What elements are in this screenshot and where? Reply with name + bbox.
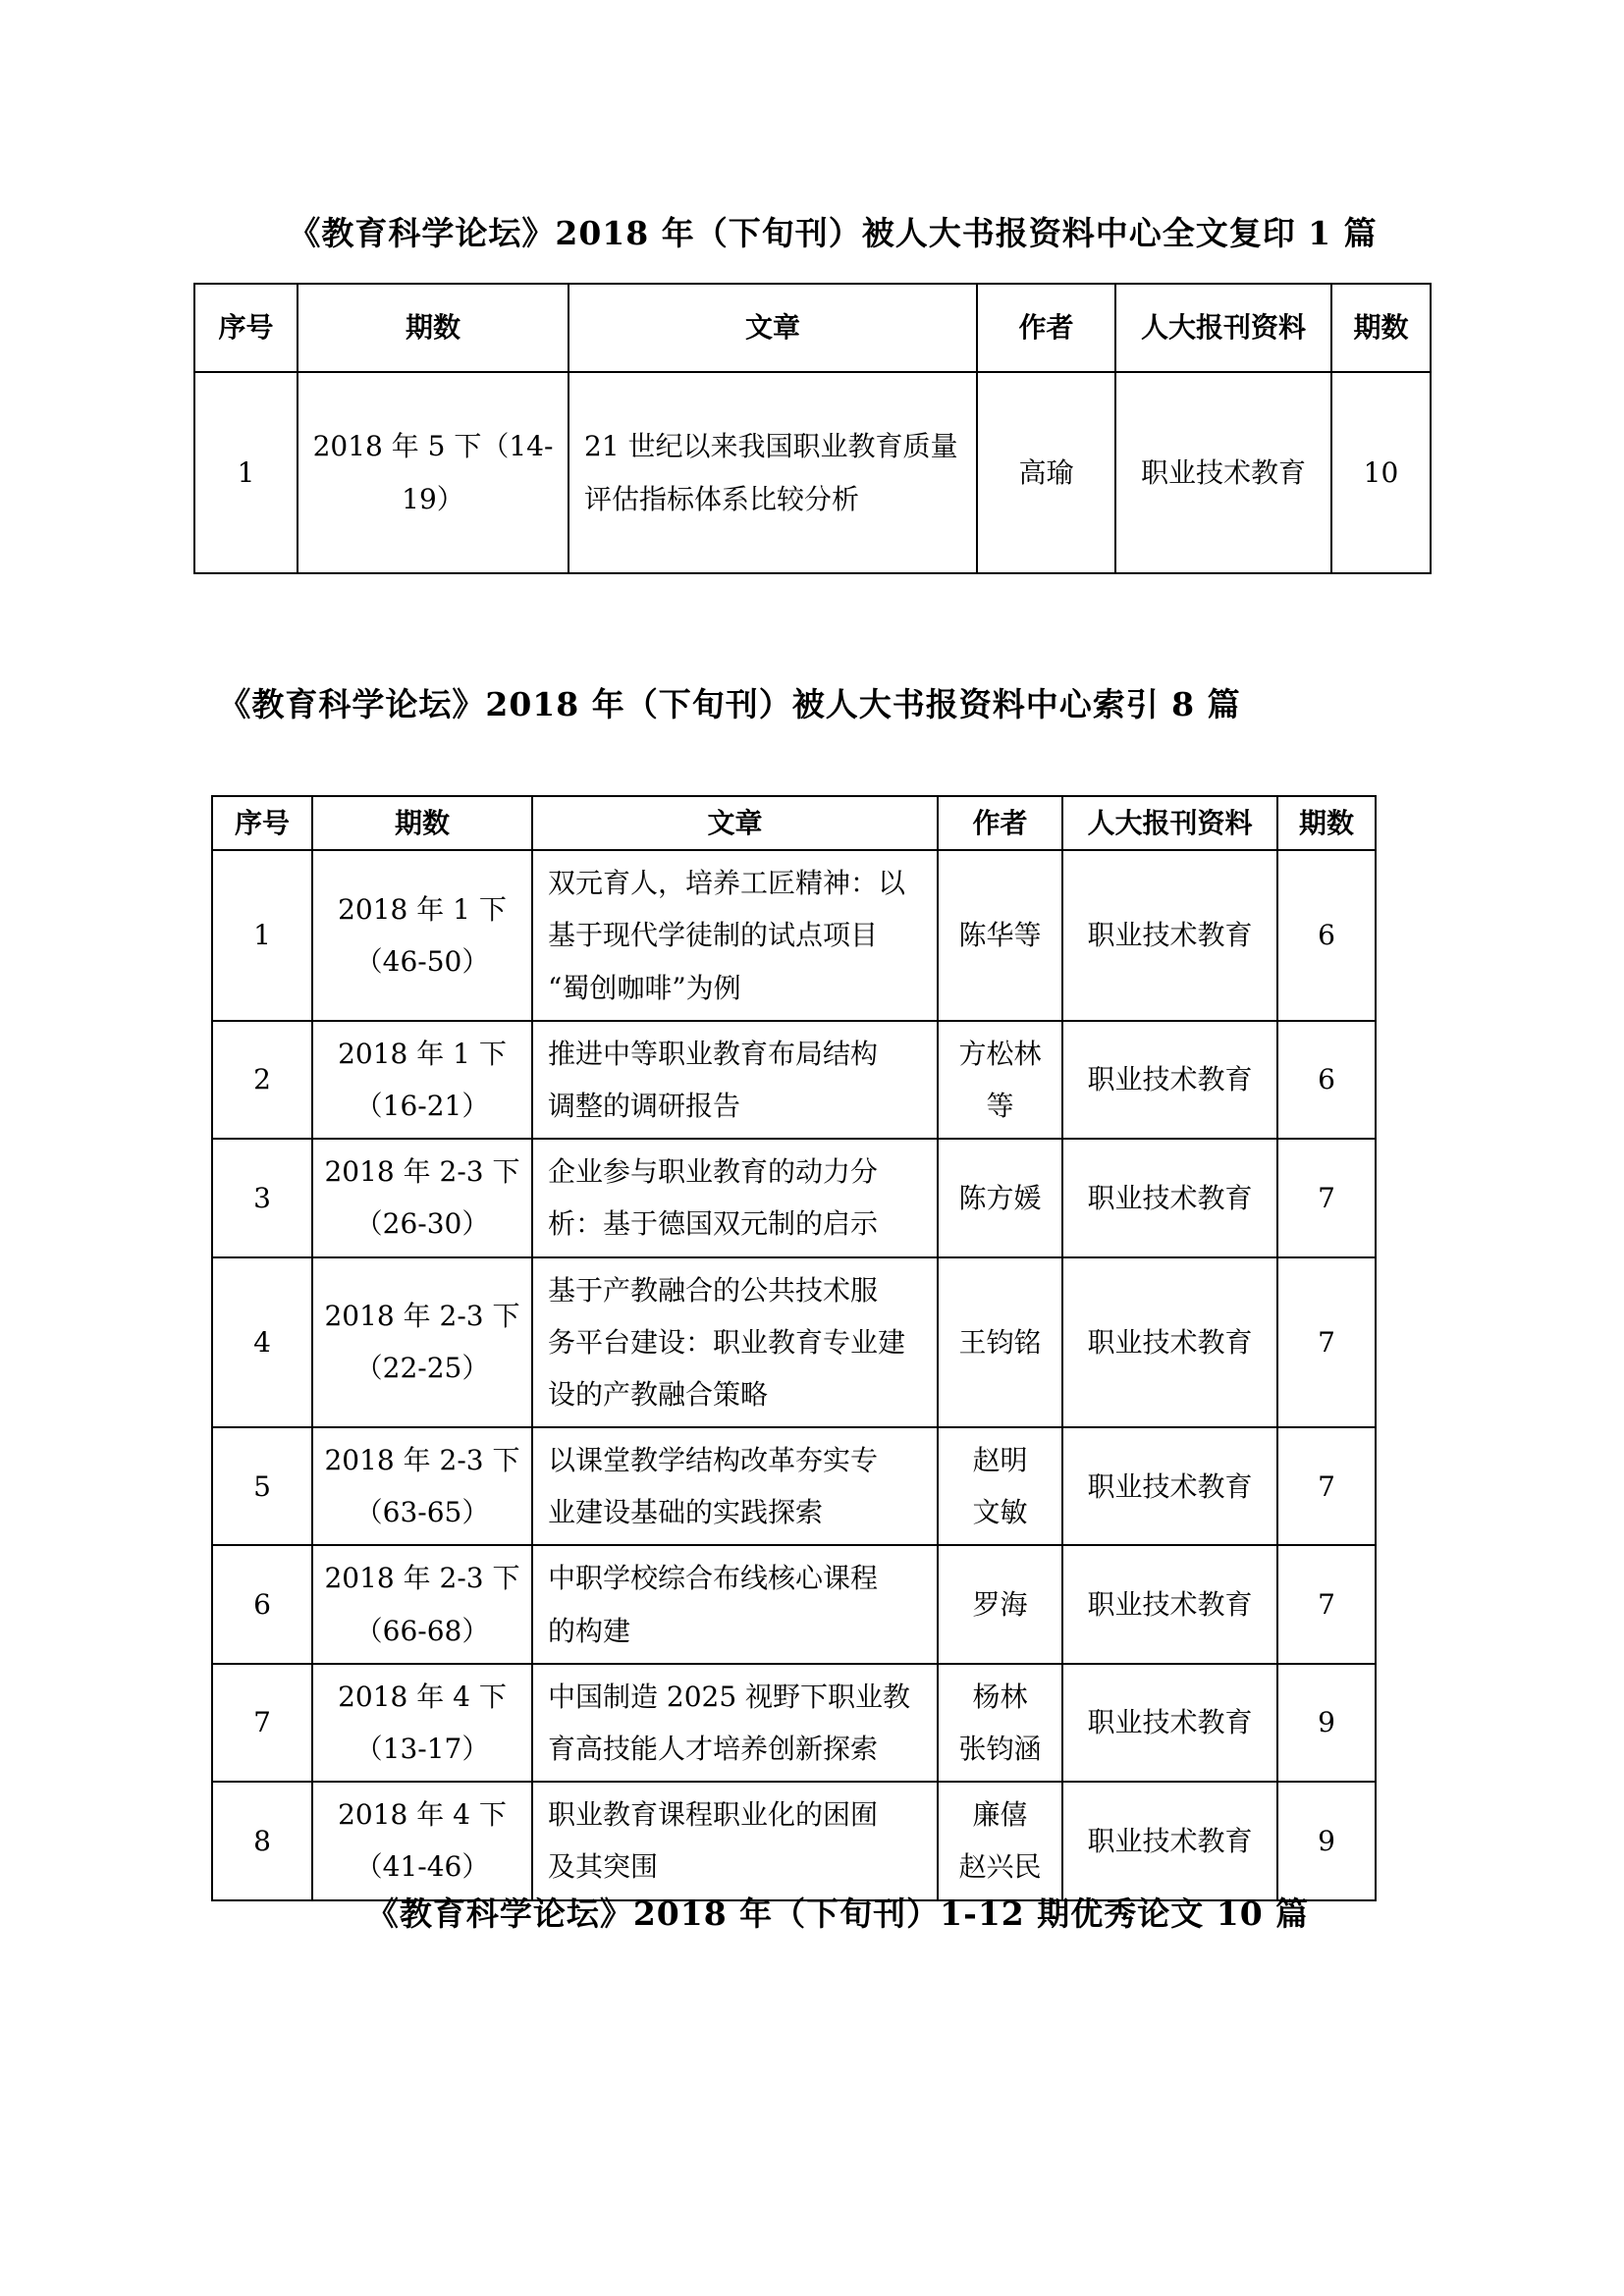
cell-no: 5 — [212, 1427, 312, 1545]
table-row: 4 2018 年 2-3 下 （22-25） 基于产教融合的公共技术服 务平台建… — [212, 1257, 1376, 1428]
cell-issue: 2018 年 2-3 下 （66-68） — [312, 1545, 532, 1663]
col-header-no: 序号 — [212, 796, 312, 850]
col-header-no: 序号 — [194, 284, 298, 372]
cell-rucc-source: 职业技术教育 — [1062, 1545, 1277, 1663]
section-title-excellent-papers: 《教育科学论坛》2018 年（下旬刊）1-12 期优秀论文 10 篇 — [26, 1889, 1624, 1935]
cell-author: 陈华等 — [938, 850, 1062, 1021]
table-row: 6 2018 年 2-3 下 （66-68） 中职学校综合布线核心课程 的构建 … — [212, 1545, 1376, 1663]
cell-article: 推进中等职业教育布局结构 调整的调研报告 — [532, 1021, 938, 1139]
cell-issue: 2018 年 4 下 （41-46） — [312, 1782, 532, 1899]
col-header-rucc-issue: 期数 — [1331, 284, 1431, 372]
cell-author: 方松林 等 — [938, 1021, 1062, 1139]
cell-no: 8 — [212, 1782, 312, 1899]
cell-article: 中国制造 2025 视野下职业教 育高技能人才培养创新探索 — [532, 1664, 938, 1782]
cell-issue: 2018 年 4 下 （13-17） — [312, 1664, 532, 1782]
col-header-issue: 期数 — [312, 796, 532, 850]
cell-issue: 2018 年 2-3 下 （63-65） — [312, 1427, 532, 1545]
cell-author: 王钧铭 — [938, 1257, 1062, 1428]
section-title-fulltext-reprint: 《教育科学论坛》2018 年（下旬刊）被人大书报资料中心全文复印 1 篇 — [21, 208, 1624, 254]
cell-no: 1 — [194, 372, 298, 573]
cell-no: 7 — [212, 1664, 312, 1782]
cell-rucc-issue: 9 — [1277, 1782, 1376, 1899]
cell-no: 4 — [212, 1257, 312, 1428]
cell-rucc-issue: 7 — [1277, 1427, 1376, 1545]
col-header-article: 文章 — [532, 796, 938, 850]
table-row: 1 2018 年 1 下 （46-50） 双元育人，培养工匠精神：以 基于现代学… — [212, 850, 1376, 1021]
cell-author: 罗海 — [938, 1545, 1062, 1663]
document-page: 《教育科学论坛》2018 年（下旬刊）被人大书报资料中心全文复印 1 篇 序号 … — [0, 0, 1624, 2296]
col-header-rucc-issue: 期数 — [1277, 796, 1376, 850]
cell-rucc-issue: 10 — [1331, 372, 1431, 573]
table-row: 5 2018 年 2-3 下 （63-65） 以课堂教学结构改革夯实专 业建设基… — [212, 1427, 1376, 1545]
cell-author: 赵明 文敏 — [938, 1427, 1062, 1545]
cell-rucc-issue: 7 — [1277, 1139, 1376, 1256]
cell-rucc-source: 职业技术教育 — [1062, 1782, 1277, 1899]
table-row: 1 2018 年 5 下（14-19） 21 世纪以来我国职业教育质量 评估指标… — [194, 372, 1431, 573]
cell-no: 1 — [212, 850, 312, 1021]
cell-article: 中职学校综合布线核心课程 的构建 — [532, 1545, 938, 1663]
col-header-rucc-source: 人大报刊资料 — [1062, 796, 1277, 850]
cell-author: 廉僖 赵兴民 — [938, 1782, 1062, 1899]
cell-article: 职业教育课程职业化的困囿 及其突围 — [532, 1782, 938, 1899]
cell-rucc-issue: 7 — [1277, 1257, 1376, 1428]
header-row: 序号 期数 文章 作者 人大报刊资料 期数 — [212, 796, 1376, 850]
cell-author: 陈方媛 — [938, 1139, 1062, 1256]
cell-article: 以课堂教学结构改革夯实专 业建设基础的实践探索 — [532, 1427, 938, 1545]
cell-author: 杨林 张钧涵 — [938, 1664, 1062, 1782]
cell-rucc-source: 职业技术教育 — [1115, 372, 1331, 573]
fulltext-reprint-table: 序号 期数 文章 作者 人大报刊资料 期数 1 2018 年 5 下（14-19… — [193, 283, 1432, 574]
cell-rucc-source: 职业技术教育 — [1062, 1664, 1277, 1782]
cell-rucc-issue: 6 — [1277, 850, 1376, 1021]
cell-issue: 2018 年 2-3 下 （22-25） — [312, 1257, 532, 1428]
header-row: 序号 期数 文章 作者 人大报刊资料 期数 — [194, 284, 1431, 372]
cell-no: 2 — [212, 1021, 312, 1139]
col-header-issue: 期数 — [298, 284, 568, 372]
cell-rucc-issue: 6 — [1277, 1021, 1376, 1139]
cell-article: 基于产教融合的公共技术服 务平台建设：职业教育专业建 设的产教融合策略 — [532, 1257, 938, 1428]
col-header-author: 作者 — [938, 796, 1062, 850]
cell-issue: 2018 年 5 下（14-19） — [298, 372, 568, 573]
cell-article: 双元育人，培养工匠精神：以 基于现代学徒制的试点项目 “蜀创咖啡”为例 — [532, 850, 938, 1021]
col-header-article: 文章 — [568, 284, 977, 372]
table-row: 8 2018 年 4 下 （41-46） 职业教育课程职业化的困囿 及其突围 廉… — [212, 1782, 1376, 1899]
table-row: 7 2018 年 4 下 （13-17） 中国制造 2025 视野下职业教 育高… — [212, 1664, 1376, 1782]
cell-rucc-issue: 9 — [1277, 1664, 1376, 1782]
cell-article: 21 世纪以来我国职业教育质量 评估指标体系比较分析 — [568, 372, 977, 573]
cell-issue: 2018 年 1 下 （16-21） — [312, 1021, 532, 1139]
index-table: 序号 期数 文章 作者 人大报刊资料 期数 1 2018 年 1 下 （46-5… — [211, 795, 1377, 1901]
table-row: 3 2018 年 2-3 下 （26-30） 企业参与职业教育的动力分 析：基于… — [212, 1139, 1376, 1256]
cell-article: 企业参与职业教育的动力分 析：基于德国双元制的启示 — [532, 1139, 938, 1256]
cell-author: 高瑜 — [977, 372, 1115, 573]
col-header-author: 作者 — [977, 284, 1115, 372]
cell-rucc-source: 职业技术教育 — [1062, 1427, 1277, 1545]
cell-rucc-source: 职业技术教育 — [1062, 1021, 1277, 1139]
cell-rucc-source: 职业技术教育 — [1062, 1257, 1277, 1428]
cell-rucc-issue: 7 — [1277, 1545, 1376, 1663]
cell-issue: 2018 年 2-3 下 （26-30） — [312, 1139, 532, 1256]
cell-no: 6 — [212, 1545, 312, 1663]
cell-rucc-source: 职业技术教育 — [1062, 1139, 1277, 1256]
col-header-rucc-source: 人大报刊资料 — [1115, 284, 1331, 372]
cell-no: 3 — [212, 1139, 312, 1256]
section-title-index: 《教育科学论坛》2018 年（下旬刊）被人大书报资料中心索引 8 篇 — [0, 679, 1542, 725]
cell-issue: 2018 年 1 下 （46-50） — [312, 850, 532, 1021]
cell-rucc-source: 职业技术教育 — [1062, 850, 1277, 1021]
table-row: 2 2018 年 1 下 （16-21） 推进中等职业教育布局结构 调整的调研报… — [212, 1021, 1376, 1139]
